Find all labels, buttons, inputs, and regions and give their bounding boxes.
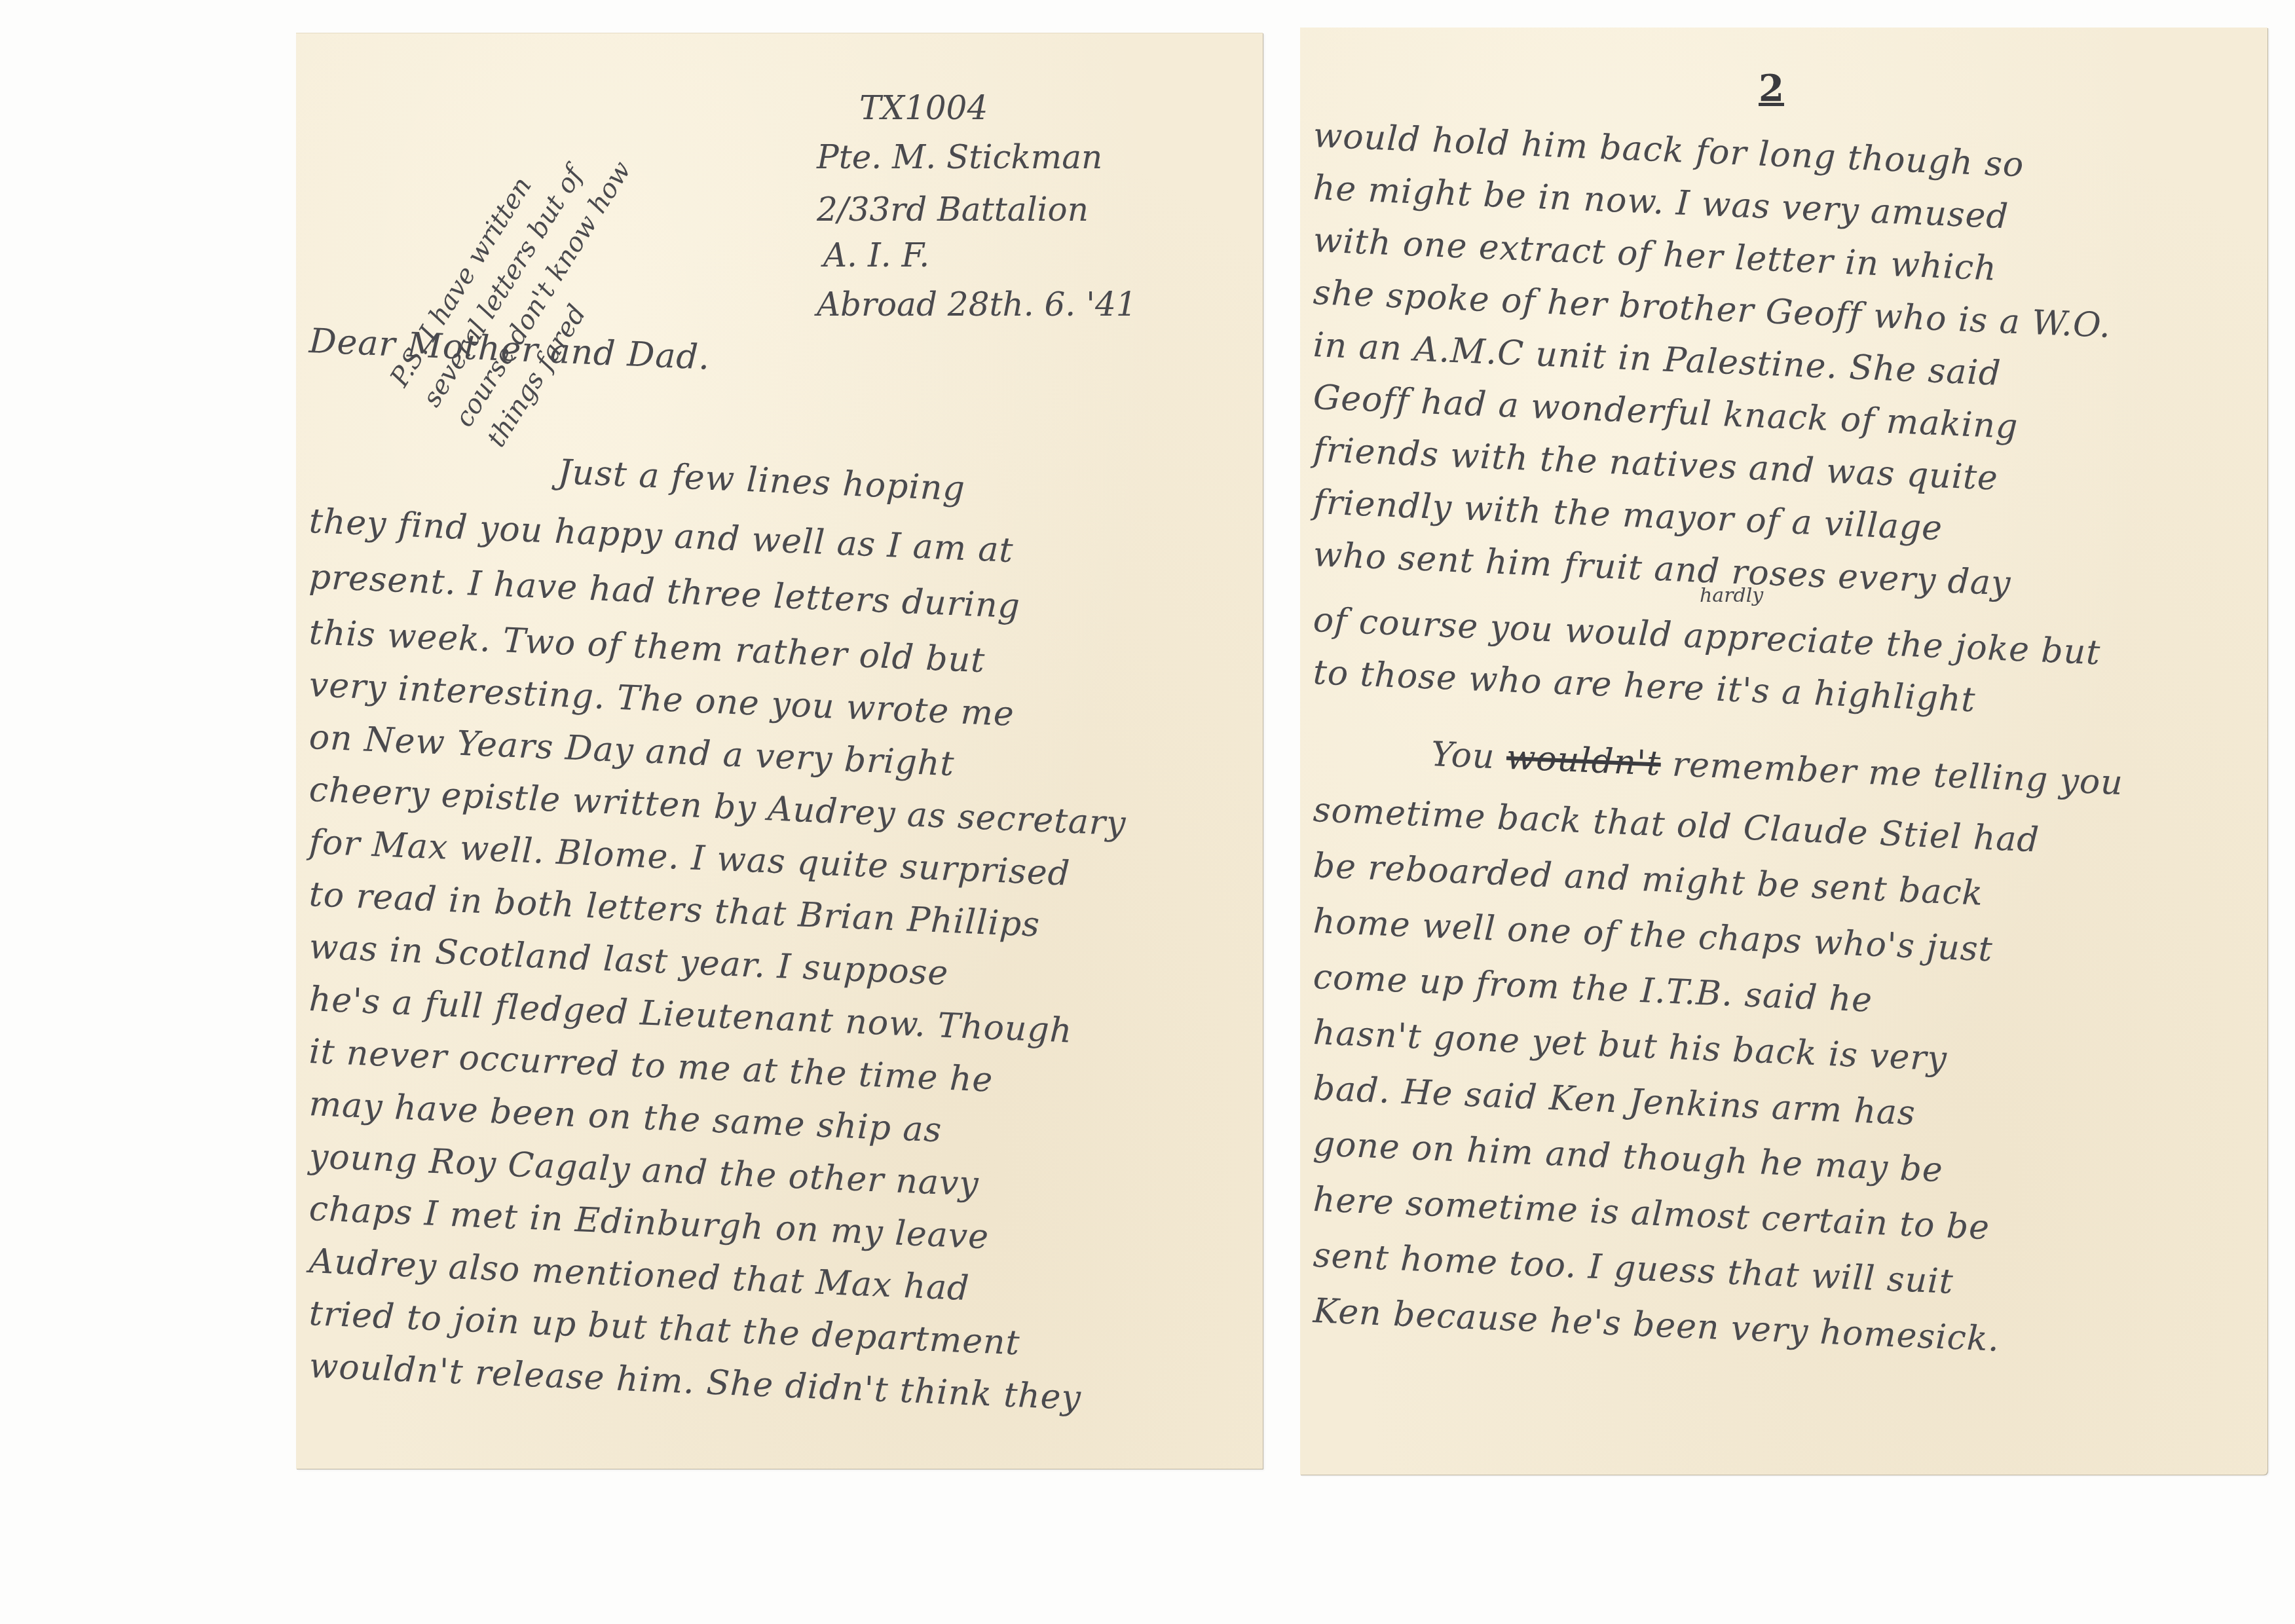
paragraph-opening-line: You wouldn't remember me telling you — [1430, 735, 2124, 803]
sender-unit: 2/33rd Battalion — [817, 191, 1089, 229]
body-line: come up from the I.T.B. said he — [1313, 957, 1873, 1020]
body-line: here sometime is almost certain to be — [1313, 1180, 1991, 1247]
page-number: 2 — [1759, 67, 1784, 110]
body-line: sometime back that old Claude Stiel had — [1313, 790, 2040, 860]
service-number: TX1004 — [859, 89, 988, 127]
body-line: Ken because he's been very homesick. — [1313, 1291, 2000, 1359]
body-line: bad. He said Ken Jenkins arm has — [1313, 1069, 1916, 1133]
body-line: present. I have had three letters during — [308, 557, 1021, 626]
place-date: Abroad 28th. 6. '41 — [817, 286, 1137, 323]
body-line: be reboarded and might be sent back — [1313, 846, 1985, 913]
salutation: Dear Mother and Dad. — [308, 322, 711, 378]
postscript-note: P.S. I have written several letters but … — [381, 114, 673, 454]
body-line: gone on him and though he may be — [1313, 1124, 1944, 1190]
sender-force: A. I. F. — [823, 236, 929, 274]
body-line: they find you happy and well as I am at — [308, 502, 1015, 570]
paragraph-rest: remember me telling you — [1671, 745, 2124, 803]
letter-page-1: P.S. I have written several letters but … — [296, 33, 1263, 1469]
letter-page-2: 2 would hold him back for long though so… — [1300, 28, 2267, 1475]
body-line: sent home too. I guess that will suit — [1313, 1236, 1954, 1302]
struck-out-word: wouldn't — [1506, 738, 1662, 784]
paragraph-lead: You — [1430, 735, 1496, 777]
body-line: home well one of the chaps who's just — [1313, 902, 1994, 969]
inserted-word: hardly — [1700, 584, 1763, 607]
body-line: Just a few lines hoping — [557, 452, 966, 509]
body-line: hasn't gone yet but his back is very — [1313, 1013, 1948, 1079]
sender-name: Pte. M. Stickman — [817, 138, 1102, 176]
